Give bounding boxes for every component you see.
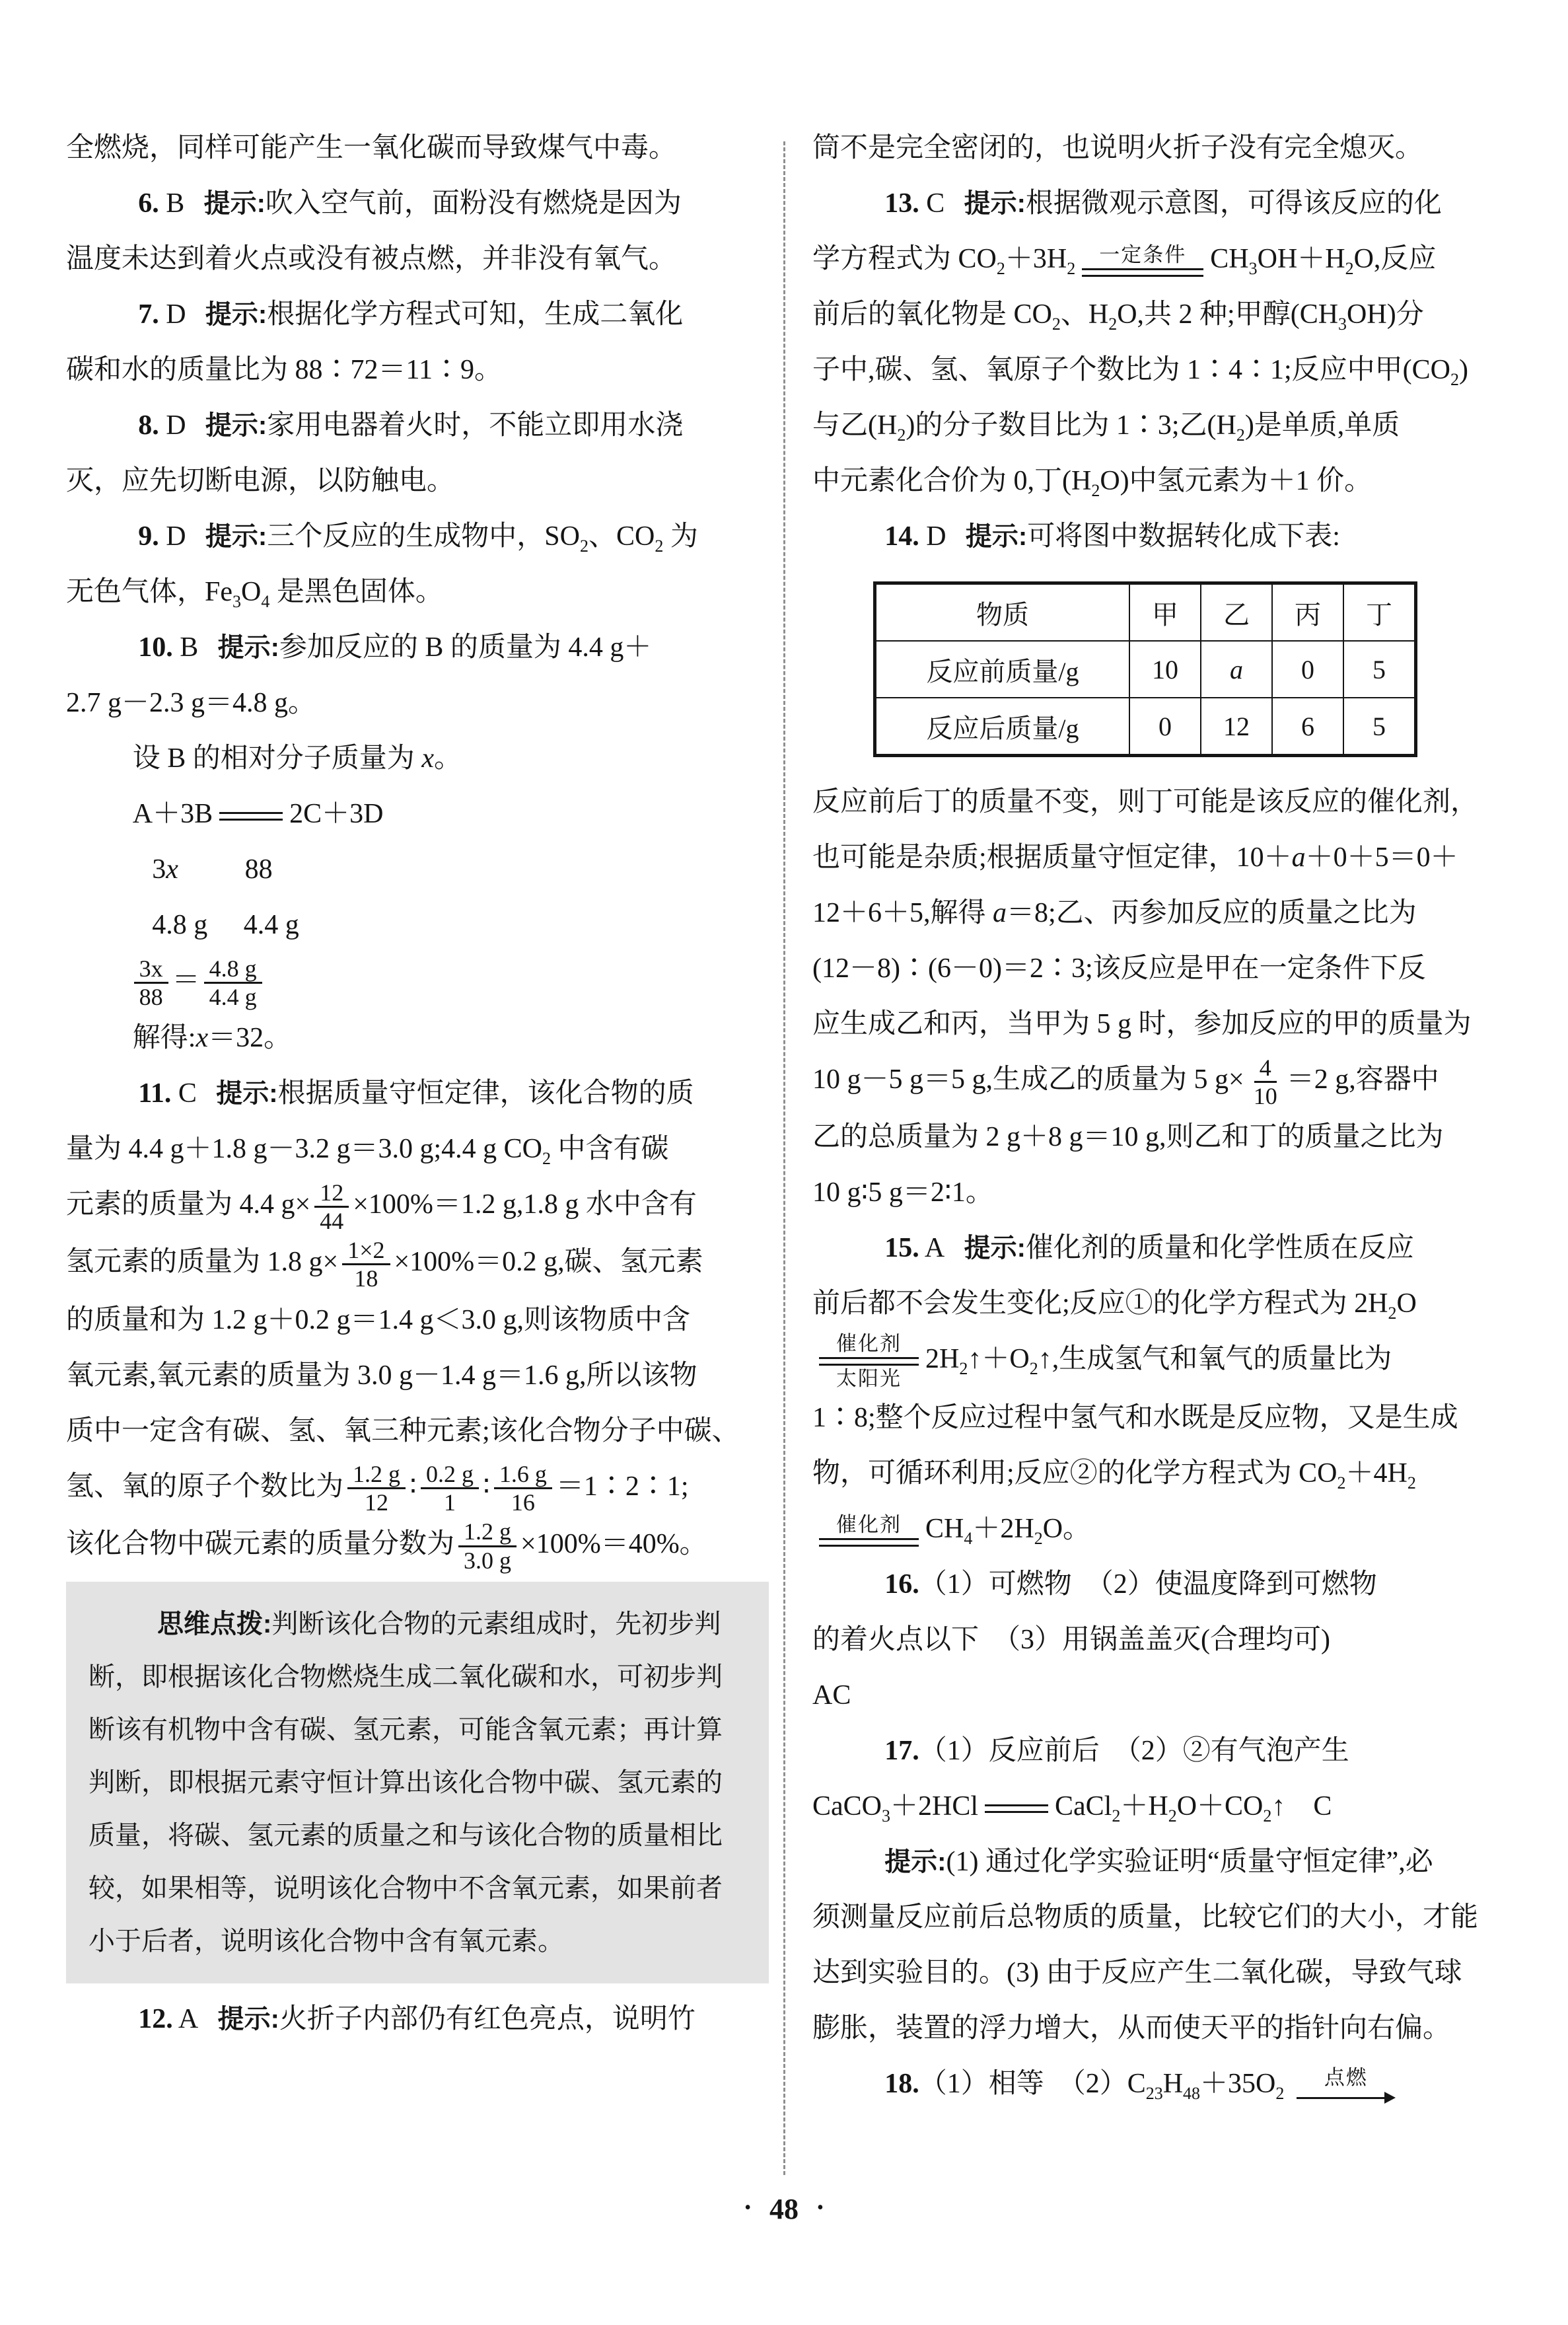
- text-line: 氢、氧的原子个数比为1.2 g12∶0.2 g1∶1.6 g16＝1∶2∶1;: [66, 1459, 769, 1516]
- text-line: 断该有机物中含有碳、氢元素，可能含氧元素；再计算: [89, 1703, 746, 1756]
- table-header-cell: 乙: [1201, 583, 1272, 642]
- text-run: D: [159, 410, 186, 441]
- text-line: 中元素化合价为 0,丁(H2O)中氢元素为＋1 价。: [812, 453, 1515, 509]
- subscript: 4: [964, 1529, 972, 1548]
- fraction: 0.2 g1: [421, 1461, 479, 1516]
- question-number: 17.: [884, 1736, 919, 1766]
- question-number: 15.: [884, 1233, 919, 1263]
- text-run: 判断，即根据元素守恒计算出该化合物中碳、氢元素的: [89, 1767, 723, 1797]
- text-run: C: [919, 188, 945, 219]
- table-header-cell: 丙: [1272, 583, 1343, 642]
- condition-label: 太阳光: [819, 1368, 919, 1390]
- text-run: B: [159, 188, 185, 219]
- text-run: CaCO: [812, 1791, 882, 1822]
- text-line: 催化剂CH4＋2H2O。: [812, 1501, 1515, 1557]
- text-run: (12－8)∶(6－0)＝2∶3;该反应是甲在一定条件下反: [812, 953, 1426, 984]
- text-line: 10 g∶5 g＝2∶1。: [812, 1165, 1515, 1220]
- text-run: （1）相等 （2）C: [919, 2069, 1146, 2099]
- text-run: ×100%＝1.2 g,1.8 g 水中含有: [353, 1189, 697, 1220]
- hint-label: 思维点拨:: [157, 1609, 271, 1639]
- fraction: 1.2 g12: [347, 1461, 406, 1516]
- fraction-numerator: 12: [314, 1179, 349, 1208]
- text-run: 前后都不会发生变化;反应①的化学方程式为 2H: [812, 1288, 1388, 1319]
- text-run: （1）反应前后 （2）②有气泡产生: [919, 1736, 1349, 1766]
- table-cell: a: [1201, 641, 1272, 698]
- text-run: ∶: [483, 1471, 490, 1502]
- table-cell: 12: [1201, 698, 1272, 756]
- text-line: 思维点拨:判断该化合物的元素组成时，先初步判: [89, 1598, 746, 1650]
- table-header-cell: 甲: [1129, 583, 1201, 642]
- text-run: 。: [434, 743, 462, 774]
- column-right: 筒不是完全密闭的，也说明火折子没有完全熄灭。13. C提示:根据微观示意图，可得…: [812, 120, 1515, 2112]
- text-line: 元素的质量为 4.4 g×1244×100%＝1.2 g,1.8 g 水中含有: [66, 1177, 769, 1234]
- text-line: 11. C提示:根据质量守恒定律，该化合物的质: [66, 1066, 769, 1121]
- text-run: 氧元素,氧元素的质量为 3.0 g－1.4 g＝1.6 g,所以该物: [66, 1360, 697, 1391]
- question-number: 13.: [884, 188, 919, 219]
- text-line: 子中,碳、氢、氧原子个数比为 1∶4∶1;反应中甲(CO2): [812, 342, 1515, 398]
- text-run: 参加反应的 B 的质量为 4.4 g＋: [279, 632, 652, 663]
- table-cell: 5: [1343, 698, 1416, 756]
- text-run: 碳和水的质量比为 88∶72＝11∶9。: [66, 355, 502, 385]
- text-run: A: [919, 1233, 945, 1263]
- text-run: 2.7 g－2.3 g＝4.8 g。: [66, 688, 316, 718]
- subscript: 3: [1338, 314, 1347, 334]
- subscript: 2: [1408, 1473, 1416, 1493]
- fraction-numerator: 4: [1254, 1054, 1277, 1083]
- question-number: 12.: [138, 2004, 173, 2034]
- text-run: 中含有碳: [551, 1134, 669, 1164]
- fraction-numerator: 1×2: [342, 1237, 390, 1265]
- fraction: 410: [1248, 1054, 1283, 1110]
- question-number: 16.: [884, 1569, 919, 1600]
- subscript: 2: [1236, 425, 1245, 445]
- subscript: 2: [1337, 1473, 1346, 1493]
- subscript: 2: [542, 1149, 551, 1168]
- text-line: 质中一定含有碳、氢、氧三种元素;该化合物分子中碳、: [66, 1403, 769, 1459]
- text-line: 应生成乙和丙，当甲为 5 g 时，参加反应的甲的质量为: [812, 996, 1515, 1052]
- fraction-denominator: 4.4 g: [204, 984, 262, 1010]
- text-run: B: [173, 632, 199, 663]
- hint-label: 提示:: [218, 633, 279, 662]
- fraction-numerator: 1.2 g: [458, 1518, 517, 1547]
- text-line: 乙的总质量为 2 g＋8 g＝10 g,则乙和丁的质量之比为: [812, 1109, 1515, 1165]
- text-line: 10 g－5 g＝5 g,生成乙的质量为 5 g×410＝2 g,容器中: [812, 1052, 1515, 1109]
- table-header-cell: 物质: [875, 583, 1130, 642]
- text-run: 反应前后丁的质量不变，则丁可能是该反应的催化剂，: [812, 787, 1478, 817]
- text-line: 8. D提示:家用电器着火时，不能立即用水浇: [66, 398, 769, 453]
- subscript: 2: [1108, 314, 1117, 334]
- table-row: 反应后质量/g01265: [875, 698, 1416, 756]
- text-run: 三个反应的生成物中，SO: [267, 521, 580, 552]
- text-run: 88: [245, 854, 273, 885]
- text-line: 小于后者，说明该化合物中含有氧元素。: [89, 1915, 746, 1968]
- text-line: 13. C提示:根据微观示意图，可得该反应的化: [812, 176, 1515, 231]
- text-run: O,反应: [1354, 244, 1437, 274]
- table-header-row: 物质甲乙丙丁: [875, 583, 1416, 642]
- condition-label: 催化剂: [819, 1514, 919, 1536]
- subscript: 2: [1067, 259, 1075, 278]
- text-line: 1∶8;整个反应过程中氢气和水既是反应物，又是生成: [812, 1390, 1515, 1446]
- text-run: ＝1∶2∶1;: [556, 1471, 689, 1502]
- text-run: 筒不是完全密闭的，也说明火折子没有完全熄灭。: [812, 133, 1423, 163]
- text-run: 学方程式为 CO: [812, 244, 997, 274]
- text-run: 4.8 g: [152, 910, 207, 940]
- text-run: 乙的总质量为 2 g＋8 g＝10 g,则乙和丁的质量之比为: [812, 1122, 1444, 1152]
- table-row: 反应前质量/g10a05: [875, 641, 1416, 698]
- reaction-condition-equals: 催化剂太阳光: [819, 1333, 919, 1390]
- text-line: 物，可循环利用;反应②的化学方程式为 CO2＋4H2: [812, 1446, 1515, 1501]
- text-line: 量为 4.4 g＋1.8 g－3.2 g＝3.0 g;4.4 g CO2 中含有…: [66, 1121, 769, 1177]
- text-run: C: [171, 1078, 197, 1109]
- text-run: 10 g－5 g＝5 g,生成乙的质量为 5 g×: [812, 1064, 1244, 1095]
- text-run: 断该有机物中含有碳、氢元素，可能含氧元素；再计算: [89, 1715, 723, 1744]
- column-divider: [783, 141, 785, 2175]
- text-run: 须测量反应前后总物质的质量，比较它们的大小，才能: [812, 1902, 1478, 1933]
- subscript: 2: [1168, 1806, 1177, 1826]
- subscript: 3: [232, 592, 241, 611]
- text-run: 小于后者，说明该化合物中含有氧元素。: [89, 1926, 564, 1956]
- text-line: 断，即根据该化合物燃烧生成二氧化碳和水，可初步判: [89, 1650, 746, 1703]
- text-run: 灭，应先切断电源，以防触电。: [66, 466, 454, 496]
- fraction-numerator: 1.2 g: [347, 1461, 406, 1489]
- hint-label: 提示:: [966, 522, 1027, 551]
- text-line: 也可能是杂质;根据质量守恒定律，10＋a＋0＋5＝0＋: [812, 830, 1515, 885]
- text-run: ＋2HCl: [890, 1791, 978, 1822]
- text-run: ＝32。: [208, 1023, 291, 1053]
- text-line: 氢元素的质量为 1.8 g×1×218×100%＝0.2 g,碳、氢元素: [66, 1234, 769, 1292]
- fraction-numerator: 0.2 g: [421, 1461, 479, 1489]
- text-run: ＋0＋5＝0＋: [1306, 842, 1458, 873]
- text-line: 9. D提示:三个反应的生成物中，SO2、CO2 为: [66, 509, 769, 564]
- variable: a: [1230, 655, 1243, 684]
- text-run: D: [159, 299, 186, 330]
- text-line: 无色气体，Fe3O4 是黑色固体。: [66, 564, 769, 620]
- text-run: O,共 2 种;甲醇(CH: [1117, 299, 1338, 330]
- text-run: [1284, 2069, 1291, 2099]
- subscript: 2: [1275, 2084, 1284, 2103]
- subscript: 2: [1388, 1304, 1397, 1323]
- question-number: 11.: [138, 1078, 171, 1109]
- hint-label: 提示:: [964, 1234, 1026, 1263]
- text-run: D: [919, 521, 946, 552]
- question-number: 10.: [138, 632, 173, 663]
- text-run: 无色气体，Fe: [66, 577, 232, 607]
- fraction-denominator: 44: [314, 1208, 349, 1234]
- text-line: 15. A提示:催化剂的质量和化学性质在反应: [812, 1220, 1515, 1276]
- reaction-arrow: 点燃: [1297, 2067, 1396, 2105]
- text-run: 全燃烧，同样可能产生一氧化碳而导致煤气中毒。: [66, 133, 676, 163]
- text-run: ＋H: [1120, 1791, 1168, 1822]
- variable: a: [993, 898, 1007, 928]
- variable: x: [421, 743, 434, 774]
- fraction: 3x88: [134, 955, 168, 1011]
- text-run: 的着火点以下 （3）用锅盖盖灭(合理均可): [812, 1625, 1330, 1655]
- condition-label: 一定条件: [1082, 244, 1203, 266]
- text-run: 2H: [925, 1344, 959, 1374]
- subscript: 2: [959, 1359, 968, 1378]
- text-run: 1∶8;整个反应过程中氢气和水既是反应物，又是生成: [812, 1403, 1458, 1433]
- text-line: 灭，应先切断电源，以防触电。: [66, 453, 769, 509]
- footer-dot-left: •: [726, 2197, 769, 2218]
- fraction: 1×218: [342, 1237, 390, 1292]
- text-line: (12－8)∶(6－0)＝2∶3;该反应是甲在一定条件下反: [812, 941, 1515, 996]
- fraction-numerator: 4.8 g: [204, 955, 262, 984]
- subscript: 2: [897, 425, 906, 445]
- table-cell: 0: [1129, 698, 1201, 756]
- text-line: 筒不是完全密闭的，也说明火折子没有完全熄灭。: [812, 120, 1515, 176]
- hint-label: 提示:: [964, 189, 1026, 218]
- table-cell: 0: [1272, 641, 1343, 698]
- text-run: 子中,碳、氢、氧原子个数比为 1∶4∶1;反应中甲(CO: [812, 355, 1450, 385]
- text-run: 与乙(H: [812, 410, 897, 441]
- text-line: 提示:(1) 通过化学实验证明“质量守恒定律”,必: [812, 1834, 1515, 1890]
- text-line: 较，如果相等，说明该化合物中不含氧元素，如果前者: [89, 1862, 746, 1915]
- fraction: 1.6 g16: [494, 1461, 552, 1516]
- text-run: 膨胀，装置的浮力增大，从而使天平的指针向右偏。: [812, 2013, 1450, 2044]
- table-cell: 10: [1129, 641, 1201, 698]
- footer-dot-right: •: [799, 2197, 842, 2218]
- page-number: 48: [769, 2193, 799, 2225]
- question-number: 6.: [138, 188, 159, 219]
- text-run: O)中氢元素为＋1 价。: [1100, 466, 1372, 496]
- text-run: 家用电器着火时，不能立即用水浇: [267, 410, 683, 441]
- text-run: ↑ C: [1271, 1791, 1332, 1822]
- hint-label: 提示:: [205, 411, 267, 440]
- fraction-denominator: 1: [439, 1489, 461, 1516]
- fraction-denominator: 18: [349, 1265, 383, 1292]
- text-run: AC: [812, 1680, 851, 1711]
- hint-label: 提示:: [216, 1079, 277, 1108]
- text-line: 16.（1）可燃物 （2）使温度降到可燃物: [812, 1557, 1515, 1612]
- text-line: CaCO3＋2HClCaCl2＋H2O＋CO2↑ C: [812, 1779, 1515, 1834]
- text-run: (1) 通过化学实验证明“质量守恒定律”,必: [946, 1847, 1433, 1877]
- subscript: 2: [1034, 1529, 1043, 1548]
- text-run: 质中一定含有碳、氢、氧三种元素;该化合物分子中碳、: [66, 1416, 740, 1446]
- text-run: 是黑色固体。: [269, 577, 443, 607]
- text-run: )是单质,单质: [1245, 410, 1400, 441]
- text-line: 解得:x＝32。: [66, 1010, 769, 1066]
- text-line: 反应前后丁的质量不变，则丁可能是该反应的催化剂，: [812, 774, 1515, 830]
- text-run: 根据质量守恒定律，该化合物的质: [278, 1078, 694, 1109]
- subscript: 2: [1450, 370, 1459, 389]
- data-table: 物质甲乙丙丁反应前质量/g10a05反应后质量/g01265: [873, 581, 1417, 757]
- text-line: 与乙(H2)的分子数目比为 1∶3;乙(H2)是单质,单质: [812, 398, 1515, 453]
- question-number: 7.: [138, 299, 159, 330]
- subscript: 2: [580, 536, 588, 556]
- page-footer: •48•: [0, 2192, 1568, 2226]
- text-run: 判断该化合物的元素组成时，先初步判: [271, 1609, 721, 1639]
- text-run: A＋3B: [133, 799, 213, 829]
- text-line: 质量，将碳、氢元素的质量之和与该化合物的质量相比: [89, 1809, 746, 1862]
- text-line: 6. B提示:吹入空气前，面粉没有燃烧是因为: [66, 176, 769, 231]
- text-run: 温度未达到着火点或没有被点燃，并非没有氧气。: [66, 244, 676, 274]
- text-run: 根据微观示意图，可得该反应的化: [1026, 188, 1442, 219]
- text-run: )的分子数目比为 1∶3;乙(H: [906, 410, 1236, 441]
- text-line: 前后都不会发生变化;反应①的化学方程式为 2H2O: [812, 1276, 1515, 1331]
- text-run: ＋3H: [1005, 244, 1067, 274]
- subscript: 3: [1249, 259, 1258, 278]
- subscript: 3: [882, 1806, 890, 1826]
- subscript: 4: [261, 592, 269, 611]
- text-line: 12. A提示:火折子内部仍有红色亮点，说明竹: [66, 1991, 769, 2047]
- subscript: 2: [1052, 314, 1061, 334]
- question-number: 8.: [138, 410, 159, 441]
- fraction-numerator: 3x: [134, 955, 168, 984]
- text-line: 判断，即根据元素守恒计算出该化合物中碳、氢元素的: [89, 1756, 746, 1809]
- text-line: 氧元素,氧元素的质量为 3.0 g－1.4 g＝1.6 g,所以该物: [66, 1348, 769, 1403]
- text-run: O: [1397, 1288, 1417, 1319]
- subscript: 2: [1345, 259, 1354, 278]
- text-run: ↑＋O: [968, 1344, 1029, 1374]
- text-run: O: [241, 577, 261, 607]
- text-run: O＋CO: [1177, 1791, 1264, 1822]
- variable: x: [196, 1023, 208, 1053]
- text-line: 该化合物中碳元素的质量分数为1.2 g3.0 g×100%＝40%。: [66, 1516, 769, 1574]
- text-run: 元素的质量为 4.4 g×: [66, 1189, 310, 1220]
- hint-label: 提示:: [204, 189, 266, 218]
- text-line: 碳和水的质量比为 88∶72＝11∶9。: [66, 342, 769, 398]
- fraction-denominator: 3.0 g: [458, 1547, 517, 1574]
- text-run: 设 B 的相对分子质量为: [133, 743, 422, 774]
- text-run: （1）可燃物 （2）使温度降到可燃物: [919, 1569, 1377, 1600]
- text-line: 12＋6＋5,解得 a＝8;乙、丙参加反应的质量之比为: [812, 885, 1515, 941]
- text-run: ＝2 g,容器中: [1287, 1064, 1439, 1095]
- fraction: 4.8 g4.4 g: [204, 955, 262, 1011]
- hint-box: 思维点拨:判断该化合物的元素组成时，先初步判断，即根据该化合物燃烧生成二氧化碳和…: [66, 1582, 769, 1983]
- text-line: 前后的氧化物是 CO2、H2O,共 2 种;甲醇(CH3OH)分: [812, 287, 1515, 342]
- fraction-denominator: 16: [506, 1489, 540, 1516]
- text-run: ×100%＝40%。: [520, 1529, 707, 1559]
- text-line: 3x88: [66, 842, 769, 897]
- text-run: 前后的氧化物是 CO: [812, 299, 1052, 330]
- text-line: 膨胀，装置的浮力增大，从而使天平的指针向右偏。: [812, 2001, 1515, 2056]
- table-header-cell: 丁: [1343, 583, 1416, 642]
- text-run: 氢、氧的原子个数比为: [66, 1471, 343, 1502]
- hint-label: 提示:: [218, 2005, 279, 2034]
- text-run: 达到实验目的。(3) 由于反应产生二氧化碳，导致气球: [812, 1958, 1462, 1988]
- text-run: A: [173, 2004, 199, 2034]
- reaction-condition-equals: 一定条件: [1082, 244, 1203, 279]
- text-run: CH: [925, 1514, 964, 1544]
- text-line: 18.（1）相等 （2）C23H48＋35O2 点燃: [812, 2056, 1515, 2112]
- text-run: 量为 4.4 g＋1.8 g－3.2 g＝3.0 g;4.4 g CO: [66, 1134, 542, 1164]
- fraction-numerator: 1.6 g: [494, 1461, 552, 1489]
- text-run: ∶: [410, 1471, 417, 1502]
- text-line: 学方程式为 CO2＋3H2一定条件CH3OH＋H2O,反应: [812, 231, 1515, 287]
- fraction-denominator: 10: [1248, 1083, 1283, 1109]
- equals-line-icon: [819, 1357, 919, 1366]
- text-run: 12＋6＋5,解得: [812, 898, 993, 928]
- text-run: 、H: [1061, 299, 1108, 330]
- text-run: 可将图中数据转化成下表:: [1027, 521, 1340, 552]
- text-line: 17.（1）反应前后 （2）②有气泡产生: [812, 1723, 1515, 1779]
- hint-label: 提示:: [205, 522, 267, 551]
- text-run: 中元素化合价为 0,丁(H: [812, 466, 1091, 496]
- column-left: 全燃烧，同样可能产生一氧化碳而导致煤气中毒。6. B提示:吹入空气前，面粉没有燃…: [66, 120, 769, 2047]
- fraction-denominator: 88: [134, 984, 168, 1010]
- subscript: 2: [1091, 481, 1100, 500]
- text-line: 须测量反应前后总物质的质量，比较它们的大小，才能: [812, 1890, 1515, 1945]
- variable: a: [1292, 842, 1306, 873]
- subscript: 2: [1112, 1806, 1120, 1826]
- text-run: O。: [1043, 1514, 1090, 1544]
- question-number: 18.: [884, 2069, 919, 2099]
- text-run: 较，如果相等，说明该化合物中不含氧元素，如果前者: [89, 1873, 723, 1903]
- variable: x: [166, 854, 178, 885]
- condition-label: 催化剂: [819, 1333, 919, 1355]
- text-line: 达到实验目的。(3) 由于反应产生二氧化碳，导致气球: [812, 1945, 1515, 2001]
- text-run: 物，可循环利用;反应②的化学方程式为 CO: [812, 1458, 1337, 1489]
- text-run: H: [1163, 2069, 1183, 2099]
- text-run: 吹入空气前，面粉没有燃烧是因为: [266, 188, 682, 219]
- subscript: 2: [655, 536, 663, 556]
- text-line: AC: [812, 1668, 1515, 1723]
- fraction: 1244: [314, 1179, 349, 1235]
- text-line: 设 B 的相对分子质量为 x。: [66, 731, 769, 786]
- text-line: 的着火点以下 （3）用锅盖盖灭(合理均可): [812, 1612, 1515, 1668]
- text-line: 的质量和为 1.2 g＋0.2 g＝1.4 g＜3.0 g,则该物质中含: [66, 1292, 769, 1348]
- equation-equals-icon: [985, 1804, 1048, 1813]
- text-run: D: [159, 521, 186, 552]
- text-run: ＝: [172, 965, 200, 996]
- text-line: 全燃烧，同样可能产生一氧化碳而导致煤气中毒。: [66, 120, 769, 176]
- text-run: ＋35O: [1200, 2069, 1275, 2099]
- text-run: 该化合物中碳元素的质量分数为: [66, 1529, 454, 1559]
- text-line: 催化剂太阳光2H2↑＋O2↑,生成氢气和氧气的质量比为: [812, 1331, 1515, 1390]
- condition-label: 点燃: [1320, 2067, 1372, 2089]
- text-run: ＝8;乙、丙参加反应的质量之比为: [1007, 898, 1417, 928]
- text-line: 温度未达到着火点或没有被点燃，并非没有氧气。: [66, 231, 769, 287]
- subscript: 2: [1263, 1806, 1271, 1826]
- text-run: 也可能是杂质;根据质量守恒定律，10＋: [812, 842, 1292, 873]
- text-run: 根据化学方程式可知，生成二氧化: [267, 299, 683, 330]
- question-number: 9.: [138, 521, 159, 552]
- text-line: 7. D提示:根据化学方程式可知，生成二氧化: [66, 287, 769, 342]
- text-run: CaCl: [1055, 1791, 1112, 1822]
- text-run: 10 g∶5 g＝2∶1。: [812, 1177, 993, 1208]
- reaction-condition-equals: 催化剂: [819, 1514, 919, 1549]
- subscript: 2: [997, 259, 1005, 278]
- text-run: 催化剂的质量和化学性质在反应: [1026, 1233, 1414, 1263]
- text-run: OH＋H: [1258, 244, 1345, 274]
- table-cell: 5: [1343, 641, 1416, 698]
- hint-label: 提示:: [205, 300, 267, 329]
- text-run: 3: [152, 854, 166, 885]
- text-run: ×100%＝0.2 g,碳、氢元素: [394, 1247, 703, 1277]
- text-run: 2C＋3D: [289, 799, 383, 829]
- text-line: 10. B提示:参加反应的 B 的质量为 4.4 g＋: [66, 620, 769, 675]
- subscript: 48: [1183, 2084, 1200, 2103]
- subscript: 2: [1030, 1359, 1038, 1378]
- text-run: 解得:: [133, 1023, 196, 1053]
- table-cell: 反应前质量/g: [875, 641, 1130, 698]
- text-line: 3x88＝4.8 g4.4 g: [66, 953, 769, 1010]
- fraction: 1.2 g3.0 g: [458, 1518, 517, 1574]
- text-run: 氢元素的质量为 1.8 g×: [66, 1247, 338, 1277]
- text-run: ↑,生成氢气和氧气的质量比为: [1038, 1344, 1392, 1374]
- text-run: OH)分: [1347, 299, 1424, 330]
- text-run: 4.4 g: [244, 910, 299, 940]
- fraction-denominator: 12: [359, 1489, 394, 1516]
- arrow-icon: [1297, 2091, 1396, 2106]
- text-run: 火折子内部仍有红色亮点，说明竹: [279, 2004, 695, 2034]
- text-run: CH: [1210, 244, 1248, 274]
- text-run: 的质量和为 1.2 g＋0.2 g＝1.4 g＜3.0 g,则该物质中含: [66, 1305, 690, 1335]
- question-number: 14.: [884, 521, 919, 552]
- text-run: 断，即根据该化合物燃烧生成二氧化碳和水，可初步判: [89, 1662, 723, 1691]
- text-run: 质量，将碳、氢元素的质量之和与该化合物的质量相比: [89, 1820, 723, 1850]
- table-cell: 6: [1272, 698, 1343, 756]
